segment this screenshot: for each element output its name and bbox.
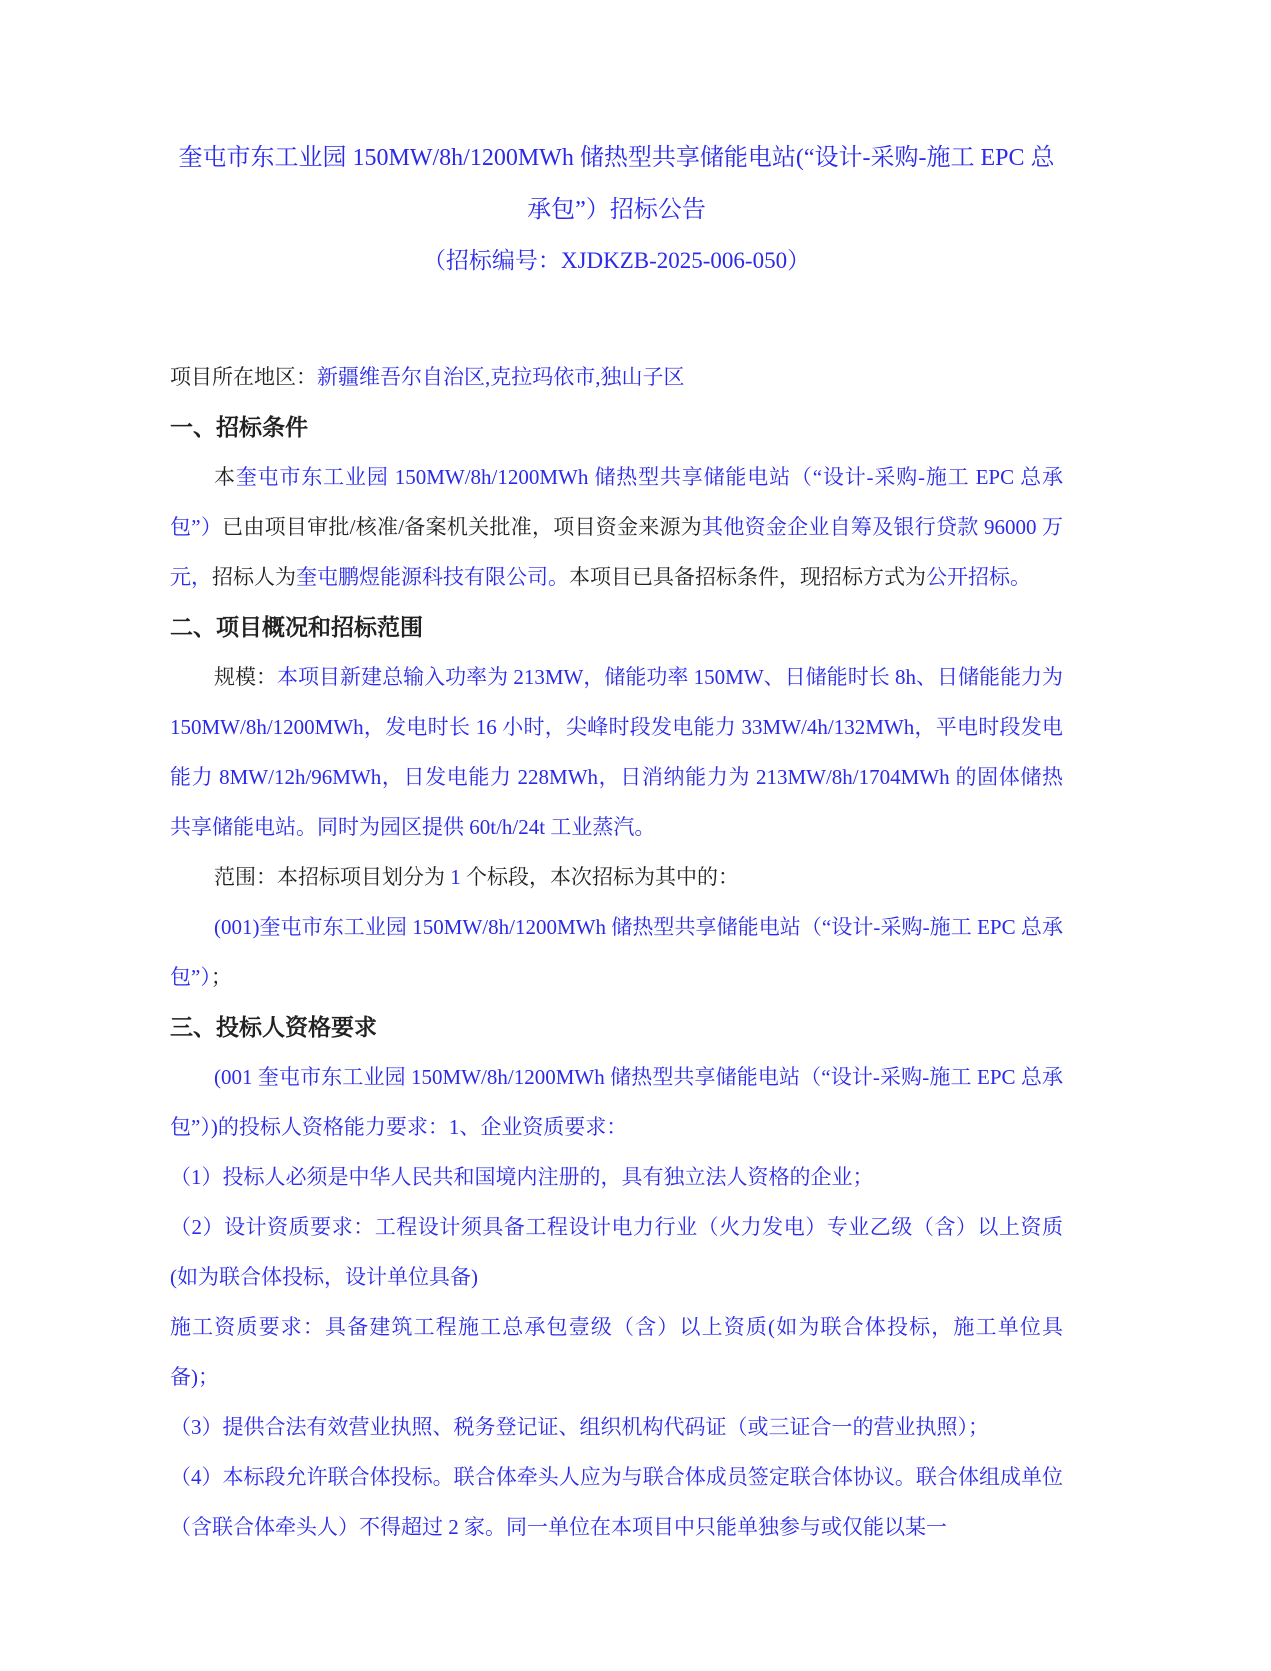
static-text: ；	[211, 965, 232, 989]
project-location-value: 新疆维吾尔自治区,克拉玛依市,独山子区	[317, 365, 685, 389]
paragraph: 规模：本项目新建总输入功率为 213MW，储能功率 150MW、日储能时长 8h…	[170, 652, 1063, 852]
field-value-text: 施工资质要求：具备建筑工程施工总承包壹级（含）以上资质(如为联合体投标，施工单位…	[170, 1315, 1063, 1389]
static-text: 个标段，本次招标为其中的：	[461, 865, 739, 889]
static-text: 范围：本招标项目划分为	[214, 865, 450, 889]
paragraph: 本奎屯市东工业园 150MW/8h/1200MWh 储热型共享储能电站（“设计-…	[170, 452, 1063, 602]
field-value-text: 本项目新建总输入功率为 213MW，储能功率 150MW、日储能时长 8h、日储…	[170, 665, 1063, 839]
field-value-text: (001 奎屯市东工业园 150MW/8h/1200MWh 储热型共享储能电站（…	[170, 1065, 1063, 1139]
bid-number-line: （招标编号：XJDKZB-2025-006-050）	[170, 236, 1063, 286]
sections-container: 一、招标条件本奎屯市东工业园 150MW/8h/1200MWh 储热型共享储能电…	[170, 402, 1063, 1552]
document-title: 奎屯市东工业园 150MW/8h/1200MWh 储热型共享储能电站(“设计-采…	[170, 132, 1063, 236]
paragraph: （1）投标人必须是中华人民共和国境内注册的，具有独立法人资格的企业；	[170, 1152, 1063, 1202]
section-heading: 三、投标人资格要求	[170, 1002, 1063, 1052]
static-text: 本	[214, 465, 236, 489]
document-content: 奎屯市东工业园 150MW/8h/1200MWh 储热型共享储能电站(“设计-采…	[170, 0, 1063, 1552]
paragraph: 施工资质要求：具备建筑工程施工总承包壹级（含）以上资质(如为联合体投标，施工单位…	[170, 1302, 1063, 1402]
field-value-text: （4）本标段允许联合体投标。联合体牵头人应为与联合体成员签定联合体协议。联合体组…	[170, 1465, 1063, 1539]
static-text: 本项目已具备招标条件，现招标方式为	[569, 565, 926, 589]
static-text: 规模：	[214, 665, 277, 689]
field-value-text: 奎屯鹏煜能源科技有限公司。	[296, 565, 569, 589]
paragraph: （3）提供合法有效营业执照、税务登记证、组织机构代码证（或三证合一的营业执照）；	[170, 1402, 1063, 1452]
paragraph: （2）设计资质要求：工程设计须具备工程设计电力行业（火力发电）专业乙级（含）以上…	[170, 1202, 1063, 1302]
field-value-text: 1	[450, 865, 461, 889]
field-value-text: （1）投标人必须是中华人民共和国境内注册的，具有独立法人资格的企业；	[170, 1165, 874, 1189]
field-value-text: 公开招标。	[926, 565, 1031, 589]
static-text: 招标人为	[212, 565, 296, 589]
paragraph: 范围：本招标项目划分为 1 个标段，本次招标为其中的：	[170, 852, 1063, 902]
section-heading: 一、招标条件	[170, 402, 1063, 452]
static-text: 已由项目审批/核准/备案机关批准，项目资金来源为	[222, 515, 702, 539]
section-heading: 二、项目概况和招标范围	[170, 602, 1063, 652]
paragraph: （4）本标段允许联合体投标。联合体牵头人应为与联合体成员签定联合体协议。联合体组…	[170, 1452, 1063, 1552]
paragraph: (001 奎屯市东工业园 150MW/8h/1200MWh 储热型共享储能电站（…	[170, 1052, 1063, 1152]
field-value-text: (001)奎屯市东工业园 150MW/8h/1200MWh 储热型共享储能电站（…	[170, 915, 1063, 989]
field-value-text: （3）提供合法有效营业执照、税务登记证、组织机构代码证（或三证合一的营业执照）；	[170, 1415, 989, 1439]
paragraph: (001)奎屯市东工业园 150MW/8h/1200MWh 储热型共享储能电站（…	[170, 902, 1063, 1002]
project-location-line: 项目所在地区：新疆维吾尔自治区,克拉玛依市,独山子区	[170, 352, 1063, 402]
tender-announcement-page: 奎屯市东工业园 150MW/8h/1200MWh 储热型共享储能电站(“设计-采…	[0, 0, 1271, 1671]
field-value-text: （2）设计资质要求：工程设计须具备工程设计电力行业（火力发电）专业乙级（含）以上…	[170, 1215, 1063, 1289]
project-location-label: 项目所在地区：	[170, 365, 317, 389]
